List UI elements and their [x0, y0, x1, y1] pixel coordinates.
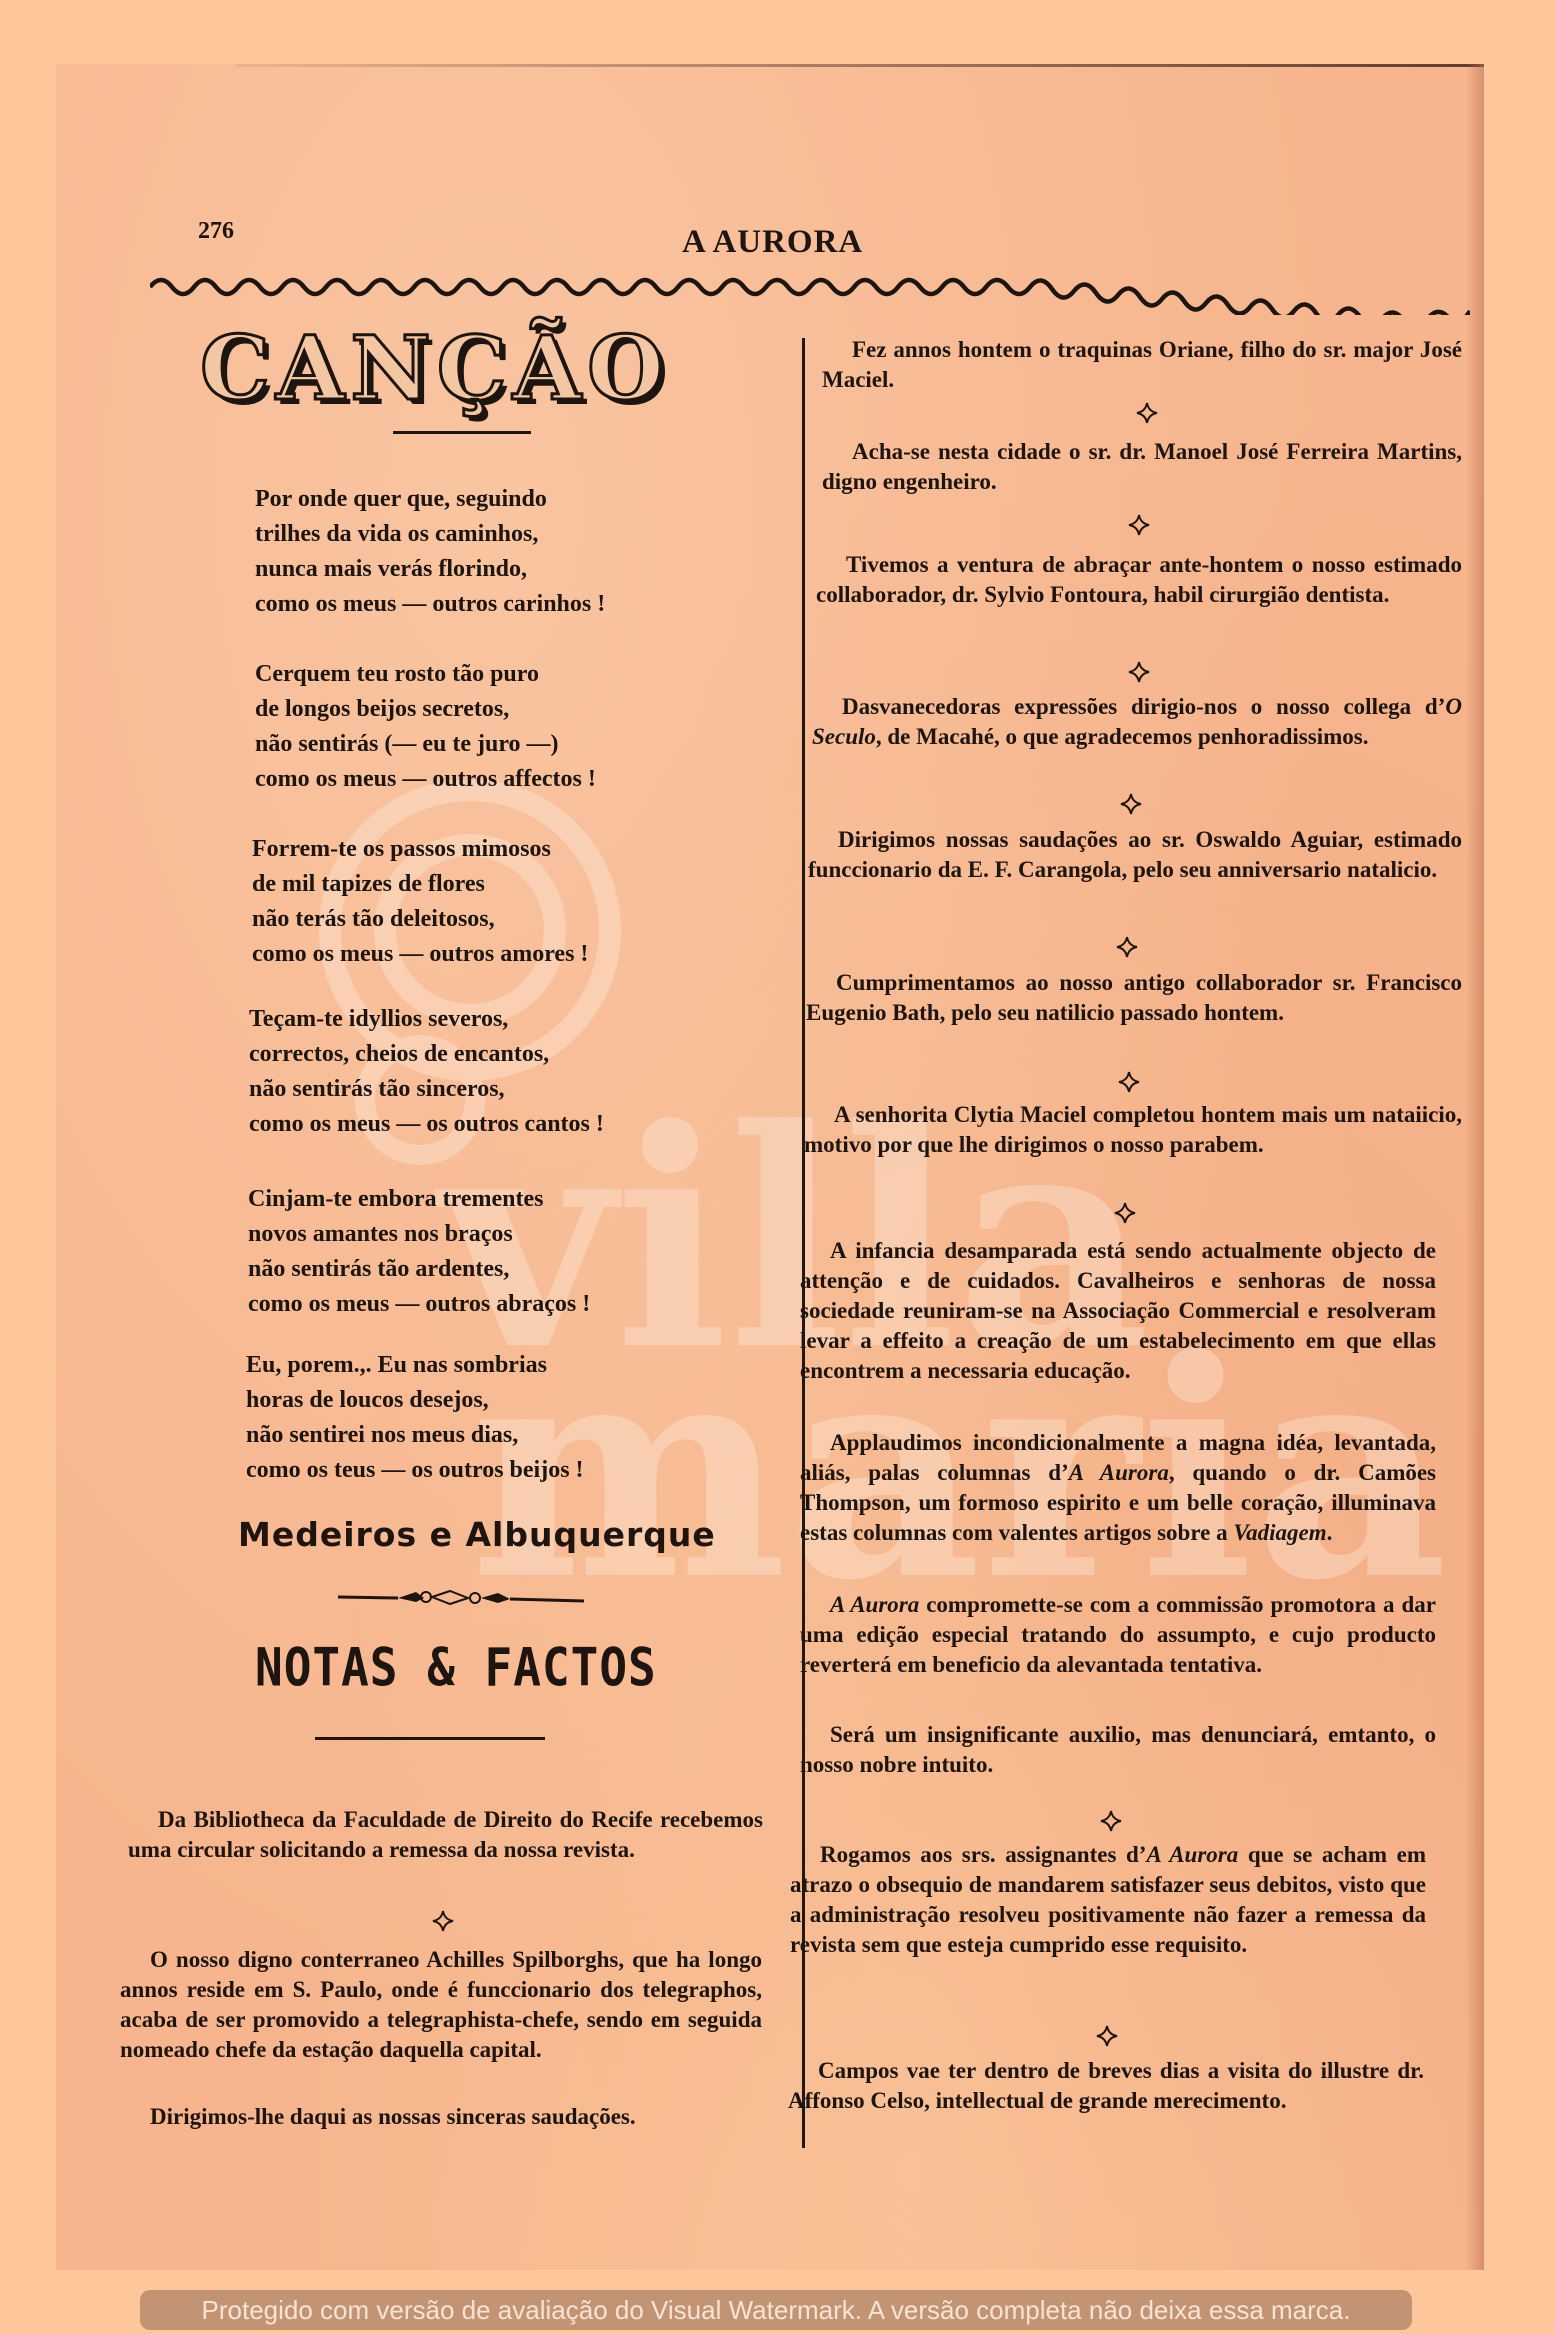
poem-line: como os meus — os outros cantos ! — [249, 1107, 604, 1142]
poem-line: Forrem-te os passos mimosos — [252, 832, 588, 867]
section-title-underline — [315, 1737, 545, 1740]
poem-line: como os meus — outros affectos ! — [255, 762, 596, 797]
page-spine-shadow — [1466, 64, 1484, 2270]
four-point-star-icon — [1128, 514, 1150, 536]
news-item: Será um insignificante auxilio, mas denu… — [800, 1720, 1436, 1780]
news-item: A senhorita Clytia Maciel completou hont… — [804, 1100, 1462, 1160]
poem-line: correctos, cheios de encantos, — [249, 1037, 604, 1072]
poem-line: não sentirás tão sinceros, — [249, 1072, 604, 1107]
news-item: Rogamos aos srs. assignantes d’A Aurora … — [790, 1840, 1426, 1960]
news-item: A infancia desamparada está sendo actual… — [800, 1236, 1436, 1386]
news-item: Dirigimos nossas saudações ao sr. Oswald… — [808, 825, 1462, 885]
news-item: Dirigimos-lhe daqui as nossas sinceras s… — [120, 2102, 762, 2132]
poem-line: Eu, porem.,. Eu nas sombrias — [246, 1348, 584, 1383]
publication-name: A Aurora — [1069, 1460, 1169, 1485]
page-top-edge — [236, 64, 1484, 67]
title-underline — [393, 431, 531, 434]
poem-line: novos amantes nos braços — [248, 1217, 590, 1252]
four-point-star-icon — [1116, 936, 1138, 958]
four-point-star-icon — [1100, 1810, 1122, 1832]
poem-stanza: Eu, porem.,. Eu nas sombrias horas de lo… — [246, 1348, 584, 1488]
poem-line: não terás tão deleitosos, — [252, 902, 588, 937]
poem-line: como os meus — outros carinhos ! — [255, 587, 605, 622]
news-item: Acha-se nesta cidade o sr. dr. Manoel Jo… — [822, 437, 1462, 497]
poem-stanza: Cerquem teu rosto tão puro de longos bei… — [255, 657, 596, 797]
poem-line: Por onde quer que, seguindo — [255, 482, 605, 517]
poem-stanza: Por onde quer que, seguindo trilhes da v… — [255, 482, 605, 622]
news-item: O nosso digno conterraneo Achilles Spilb… — [120, 1945, 762, 2065]
poem-line: trilhes da vida os caminhos, — [255, 517, 605, 552]
poem-stanza: Cinjam-te embora trementes novos amantes… — [248, 1182, 590, 1322]
page-number: 276 — [198, 218, 234, 245]
ornamental-divider-icon — [338, 1586, 584, 1614]
news-item: A Aurora compromette-se com a commissão … — [800, 1590, 1436, 1680]
poem-line: não sentirei nos meus dias, — [246, 1418, 584, 1453]
four-point-star-icon — [1114, 1202, 1136, 1224]
four-point-star-icon — [1120, 793, 1142, 815]
four-point-star-icon — [1136, 402, 1158, 424]
article-topic: Vadiagem — [1233, 1520, 1326, 1545]
news-item: Cumprimentamos ao nosso antigo collabora… — [806, 968, 1462, 1028]
poem-line: não sentirás (— eu te juro —) — [255, 727, 596, 762]
section-title: NOTAS & FACTOS — [255, 1636, 657, 1698]
poem-line: como os teus — os outros beijos ! — [246, 1453, 584, 1488]
poem-line: Cerquem teu rosto tão puro — [255, 657, 596, 692]
poem-author: Medeiros e Albuquerque — [238, 1515, 716, 1554]
news-item: Fez annos hontem o traquinas Oriane, fil… — [822, 335, 1462, 395]
poem-line: nunca mais verás florindo, — [255, 552, 605, 587]
news-item: Tivemos a ventura de abraçar ante-hontem… — [816, 550, 1462, 610]
wavy-header-rule — [150, 275, 1470, 315]
poem-line: horas de loucos desejos, — [246, 1383, 584, 1418]
publication-name: A Aurora — [1146, 1842, 1238, 1867]
four-point-star-icon — [1118, 1071, 1140, 1093]
poem-line: como os meus — outros amores ! — [252, 937, 588, 972]
poem-line: Cinjam-te embora trementes — [248, 1182, 590, 1217]
poem-line: de mil tapizes de flores — [252, 867, 588, 902]
poem-title: CANÇÃO — [200, 318, 750, 418]
news-item: Dasvanecedoras expressões dirigio-nos o … — [812, 692, 1462, 752]
four-point-star-icon — [1128, 661, 1150, 683]
poem-line: não sentirás tão ardentes, — [248, 1252, 590, 1287]
poem-stanza: Teçam-te idyllios severos, correctos, ch… — [249, 1002, 604, 1142]
news-item: Applaudimos incondicionalmente a magna i… — [800, 1428, 1436, 1548]
four-point-star-icon — [432, 1910, 454, 1932]
publication-name: A Aurora — [830, 1592, 919, 1617]
news-item: Da Bibliotheca da Faculdade de Direito d… — [128, 1805, 763, 1865]
poem-line: como os meus — outros abraços ! — [248, 1287, 590, 1322]
poem-stanza: Forrem-te os passos mimosos de mil tapiz… — [252, 832, 588, 972]
trial-watermark-banner: Protegido com versão de avaliação do Vis… — [140, 2290, 1412, 2330]
poem-line: Teçam-te idyllios severos, — [249, 1002, 604, 1037]
four-point-star-icon — [1096, 2025, 1118, 2047]
news-item: Campos vae ter dentro de breves dias a v… — [788, 2056, 1424, 2116]
poem-line: de longos beijos secretos, — [255, 692, 596, 727]
journal-title: A AURORA — [682, 224, 863, 261]
